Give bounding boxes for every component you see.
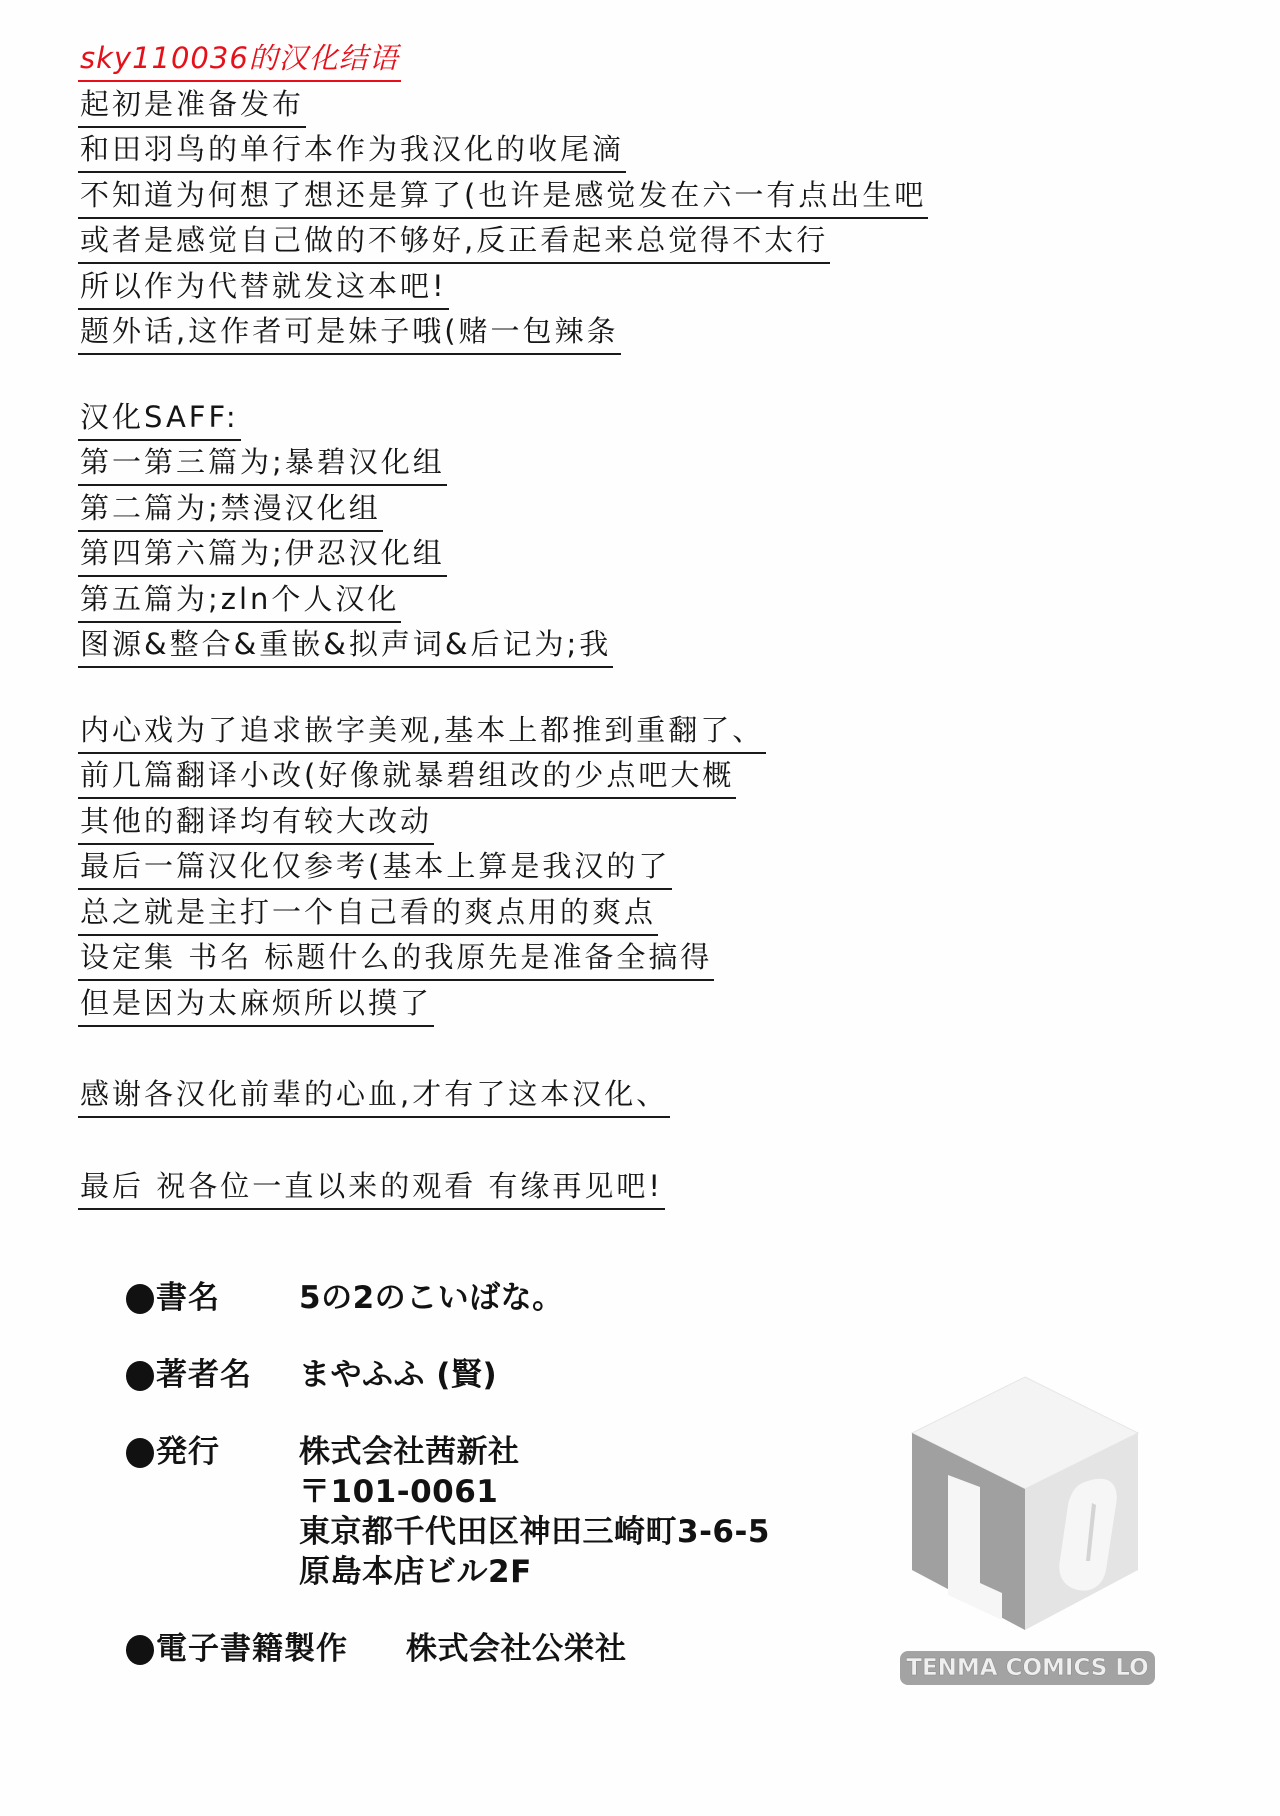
text-line: 第四第六篇为;伊忍汉化组 — [78, 535, 447, 577]
colophon-book-title: 書名 5の2のこいばな。 — [126, 1278, 770, 1318]
text-line: 和田羽鸟的单行本作为我汉化的收尾滴 — [78, 131, 626, 173]
tenma-comics-lo-logo: TENMA COMICS LO — [880, 1365, 1170, 1695]
colophon-value: 5の2のこいばな。 — [299, 1278, 564, 1318]
bullet-icon — [126, 1635, 154, 1665]
text-line: 不知道为何想了想还是算了(也许是感觉发在六一有点出生吧 — [78, 177, 928, 219]
bullet-icon — [126, 1284, 154, 1314]
text-line: 最后 祝各位一直以来的观看 有缘再见吧! — [78, 1168, 665, 1210]
text-line: 题外话,这作者可是妹子哦(赌一包辣条 — [78, 313, 621, 355]
colophon-label: 著者名 — [156, 1355, 299, 1395]
colophon-ebook: 電子書籍製作 株式会社公栄社 — [126, 1629, 770, 1669]
postal-code: 〒101-0061 — [299, 1472, 770, 1512]
colophon-label: 発行 — [156, 1432, 299, 1472]
text-line: 第五篇为;zln个人汉化 — [78, 581, 401, 623]
text-line: 其他的翻译均有较大改动 — [78, 803, 434, 845]
text-line: 图源&整合&重嵌&拟声词&后记为;我 — [78, 626, 613, 668]
bullet-icon — [126, 1361, 154, 1391]
text-line: 第一第三篇为;暴碧汉化组 — [78, 444, 447, 486]
colophon-author: 著者名 まやふふ (賢) — [126, 1355, 770, 1395]
text-line: 所以作为代替就发这本吧! — [78, 268, 449, 310]
paragraph-intro: 起初是准备发布 和田羽鸟的单行本作为我汉化的收尾滴 不知道为何想了想还是算了(也… — [78, 86, 928, 356]
colophon-publisher: 発行 株式会社茜新社 〒101-0061 東京都千代田区神田三崎町3-6-5 原… — [126, 1432, 770, 1592]
bullet-icon — [126, 1438, 154, 1468]
colophon: 書名 5の2のこいばな。 著者名 まやふふ (賢) 発行 株式会社茜新社 〒10… — [126, 1278, 770, 1706]
text-line: 但是因为太麻烦所以摸了 — [78, 985, 434, 1027]
paragraph-staff: 汉化SAFF: 第一第三篇为;暴碧汉化组 第二篇为;禁漫汉化组 第四第六篇为;伊… — [78, 399, 928, 669]
paragraph-notes: 内心戏为了追求嵌字美观,基本上都推到重翻了、 前几篇翻译小改(好像就暴碧组改的少… — [78, 712, 928, 1027]
text-line: 或者是感觉自己做的不够好,反正看起来总觉得不太行 — [78, 222, 830, 264]
text-line: 前几篇翻译小改(好像就暴碧组改的少点吧大概 — [78, 757, 736, 799]
colophon-value: 株式会社茜新社 〒101-0061 東京都千代田区神田三崎町3-6-5 原島本店… — [299, 1432, 770, 1592]
paragraph-thanks: 感谢各汉化前辈的心血,才有了这本汉化、 — [78, 1076, 928, 1118]
text-line: 第二篇为;禁漫汉化组 — [78, 490, 383, 532]
text-line: 起初是准备发布 — [78, 86, 306, 128]
text-line: 感谢各汉化前辈的心血,才有了这本汉化、 — [78, 1076, 670, 1118]
paragraph-farewell: 最后 祝各位一直以来的观看 有缘再见吧! — [78, 1168, 928, 1210]
text-line: 设定集 书名 标题什么的我原先是准备全搞得 — [78, 939, 714, 981]
building: 原島本店ビル2F — [299, 1552, 770, 1592]
colophon-value: 株式会社公栄社 — [406, 1629, 627, 1669]
afterword-title: sky110036的汉化结语 — [78, 40, 401, 82]
cube-logo-icon — [880, 1365, 1170, 1645]
colophon-value: まやふふ (賢) — [299, 1355, 497, 1395]
text-line: 内心戏为了追求嵌字美观,基本上都推到重翻了、 — [78, 712, 766, 754]
colophon-label: 電子書籍製作 — [156, 1629, 406, 1669]
address: 東京都千代田区神田三崎町3-6-5 — [299, 1512, 770, 1552]
translator-afterword: sky110036的汉化结语 起初是准备发布 和田羽鸟的单行本作为我汉化的收尾滴… — [78, 40, 928, 1213]
text-line: 总之就是主打一个自己看的爽点用的爽点 — [78, 894, 658, 936]
publisher-name: 株式会社茜新社 — [299, 1432, 770, 1472]
colophon-label: 書名 — [156, 1278, 299, 1318]
logo-wordmark: TENMA COMICS LO — [900, 1651, 1155, 1685]
text-line: 汉化SAFF: — [78, 399, 241, 441]
text-line: 最后一篇汉化仅参考(基本上算是我汉的了 — [78, 848, 672, 890]
